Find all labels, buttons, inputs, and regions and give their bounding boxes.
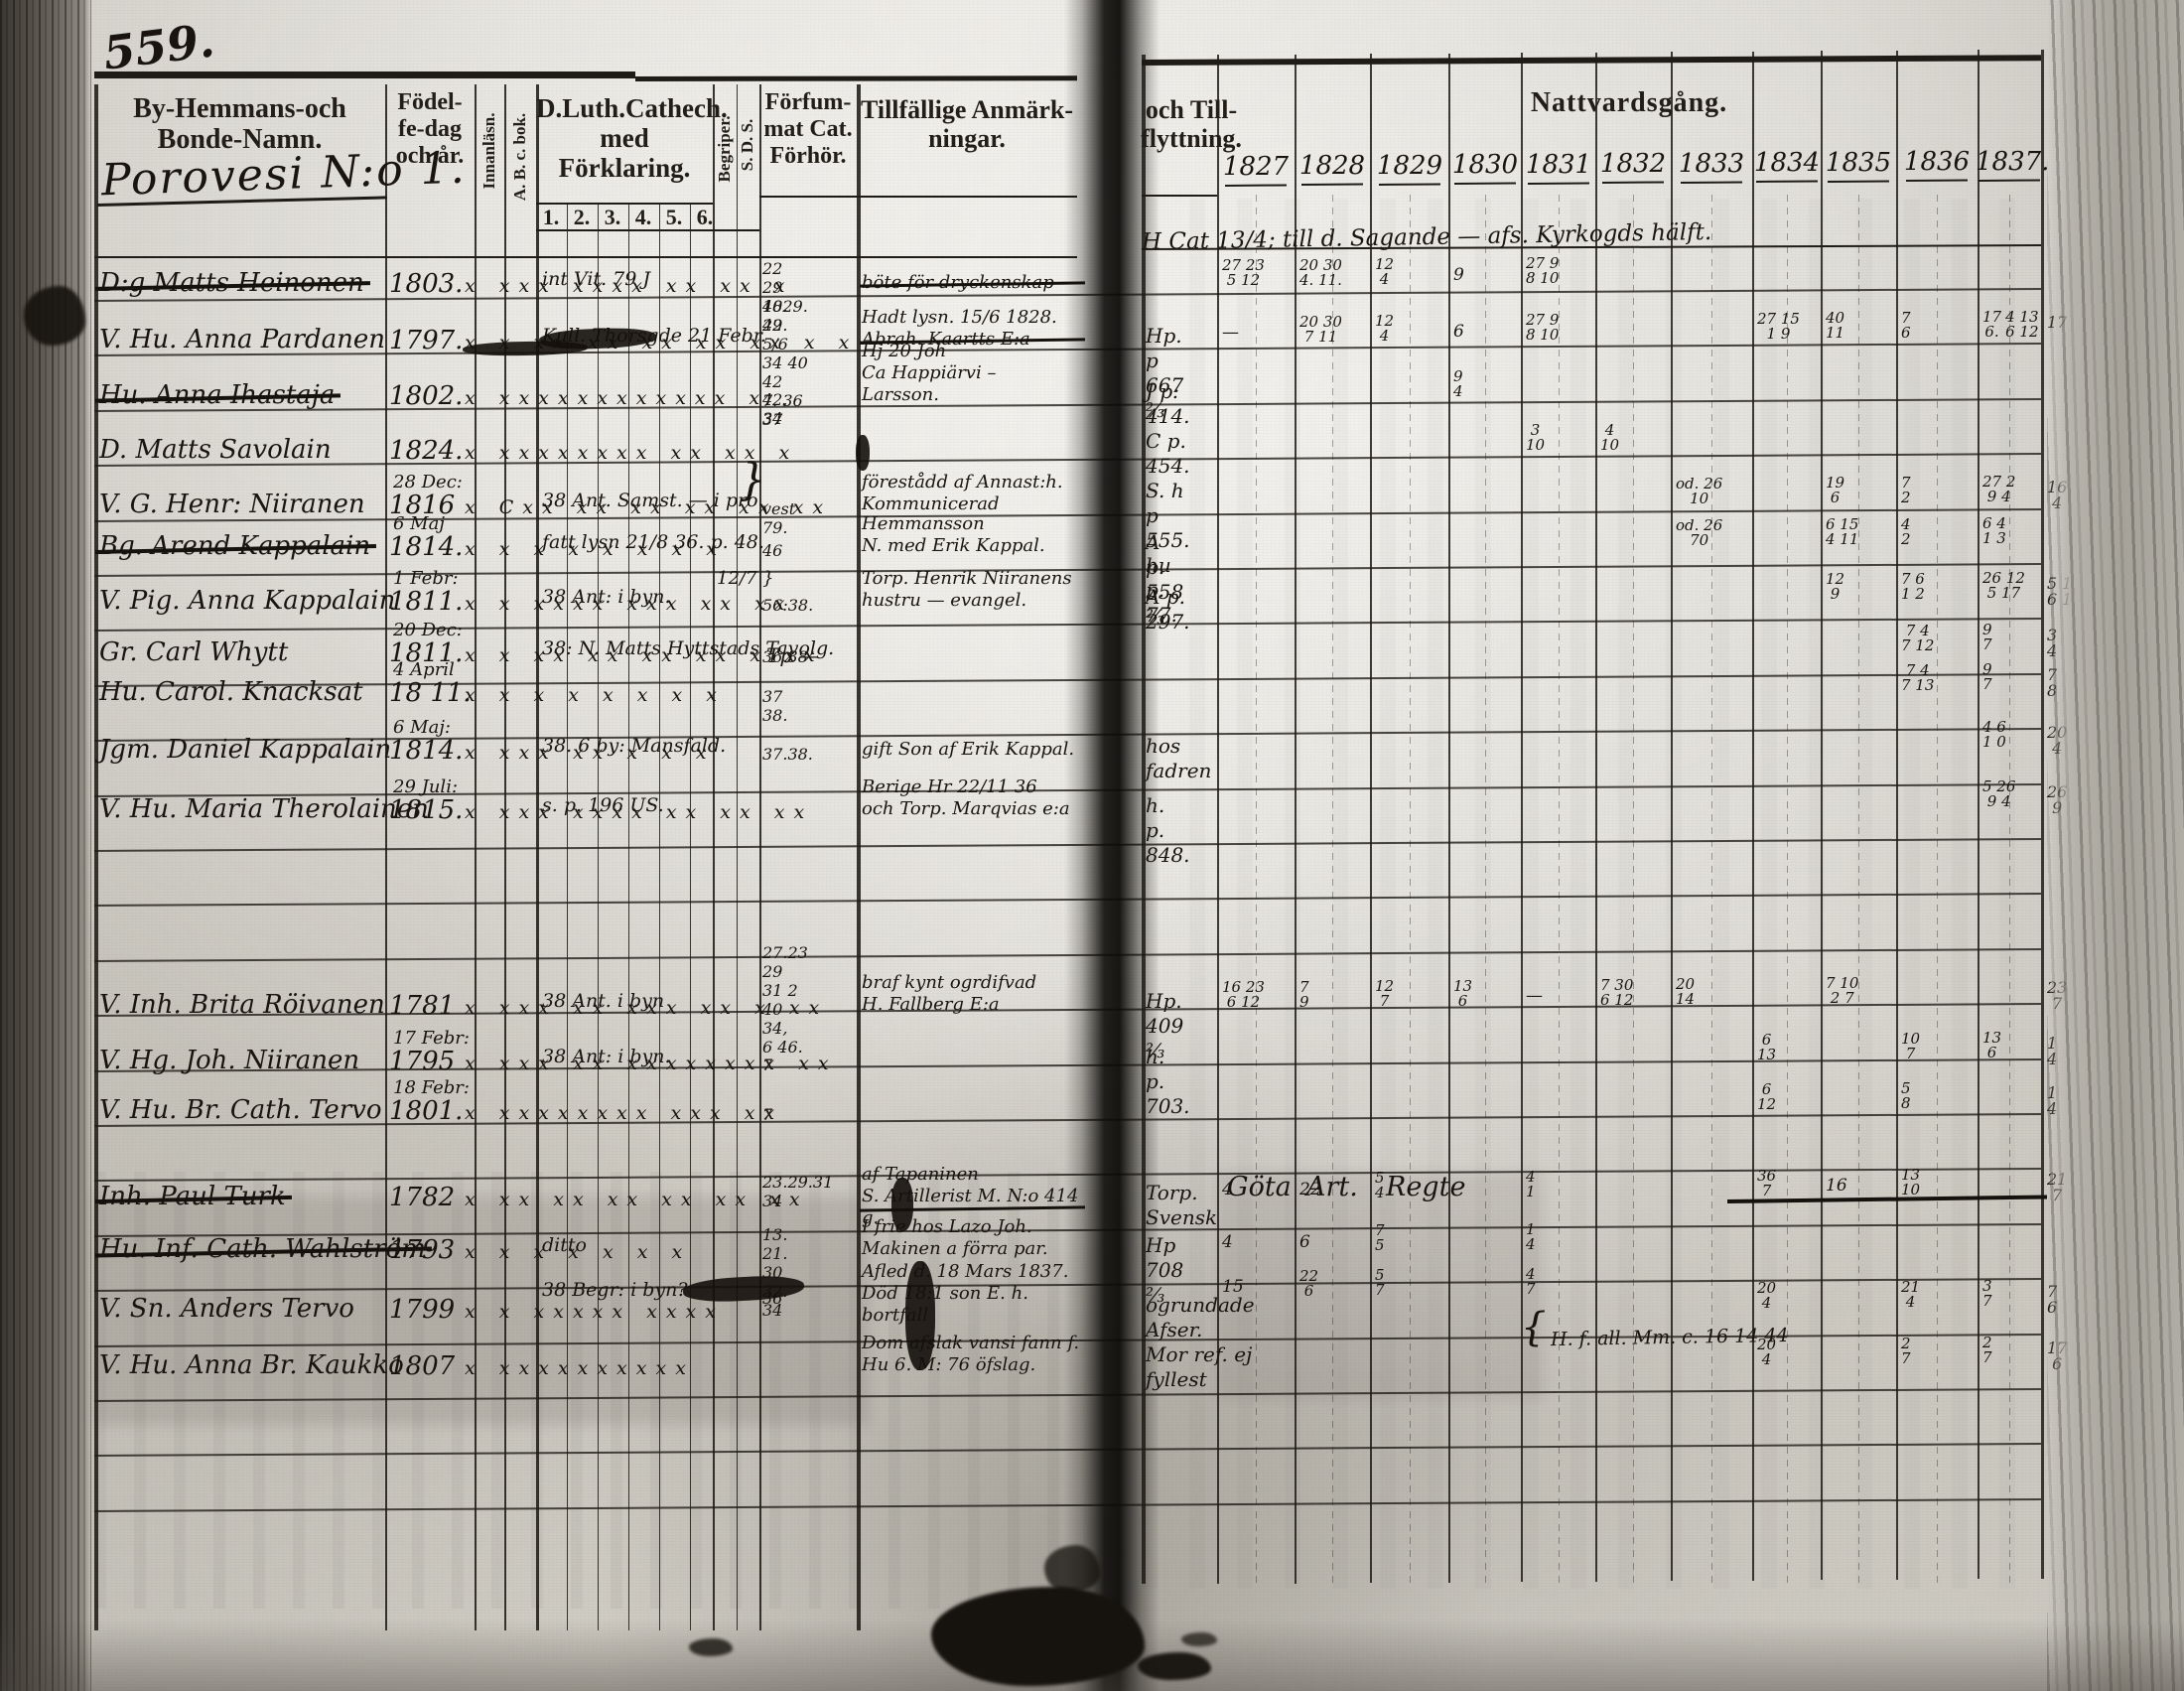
fraction-bottom: 8 10 bbox=[1526, 271, 1559, 286]
communion-date-fraction: 47 bbox=[1526, 1267, 1536, 1297]
communion-date: 7 47 12 bbox=[1901, 624, 1934, 653]
fraction-bottom: 10 bbox=[1526, 438, 1545, 453]
communion-date: 6 154 11 bbox=[1826, 517, 1858, 547]
catechism-note: ditto bbox=[542, 1234, 587, 1256]
catechism-note: s. p. 196 US. bbox=[542, 794, 664, 816]
fraction-bottom: 4 bbox=[1762, 1352, 1772, 1367]
remark-line: Torp. Henrik Niiranens bbox=[862, 568, 1085, 590]
communion-date-fraction: 107 bbox=[1901, 1032, 1920, 1061]
entry-birth-date: 6 Maj: bbox=[393, 717, 451, 738]
communion-date: 58 bbox=[1901, 1081, 1911, 1111]
fraction-bottom: 1 0 bbox=[1982, 735, 2006, 750]
year-label: 1832 bbox=[1599, 149, 1667, 179]
entry-name: D:g Matts Heinonen bbox=[99, 268, 364, 298]
ink-blot bbox=[1138, 1652, 1211, 1680]
grid-vline-dashed bbox=[1559, 195, 1560, 1585]
communion-date-fraction: 7 306 12 bbox=[1600, 978, 1633, 1008]
fraction-bottom: 7 11 bbox=[1304, 330, 1337, 345]
communion-date: — bbox=[1222, 315, 1239, 343]
fraction-bottom: 1 bbox=[1526, 1185, 1536, 1199]
communion-date: 7 61 2 bbox=[1901, 572, 1925, 602]
fraction-bottom: 11 bbox=[1826, 326, 1844, 341]
communion-date-fraction: 14 bbox=[1526, 1222, 1536, 1252]
entry-birth-year: 1807 bbox=[389, 1351, 455, 1381]
communion-date-fraction: 196 bbox=[1826, 476, 1844, 505]
year-label: 1827 bbox=[1222, 152, 1290, 182]
overlay-scribble: } bbox=[739, 455, 766, 505]
communion-date-fraction: 58 bbox=[1901, 1081, 1911, 1111]
fraction-bottom: 9 bbox=[1299, 995, 1309, 1010]
fraction-bottom: 7 bbox=[1906, 1047, 1916, 1061]
fraction-bottom: 6 bbox=[1304, 1284, 1314, 1299]
entry-name: Hu. Carol. Knacksat bbox=[99, 677, 363, 707]
remark-line: Ca Happiärvi – bbox=[862, 362, 1085, 384]
grid-hline bbox=[94, 256, 1077, 258]
communion-date-fraction: 26 125 17 bbox=[1982, 571, 2025, 601]
entry-name: V. Hu. Maria Therolainen bbox=[99, 794, 429, 824]
grid-vline bbox=[1821, 51, 1823, 1580]
fraction-bottom: 7 bbox=[1526, 1282, 1536, 1297]
entry-name: V. Sn. Anders Tervo bbox=[99, 1294, 354, 1324]
communion-date: 127 bbox=[1375, 979, 1394, 1009]
reading-marks: x xxxxxxxx xxx xx bbox=[465, 1102, 783, 1124]
left-book-edge bbox=[0, 0, 91, 1691]
communion-date-fraction: 20 307 11 bbox=[1299, 315, 1342, 345]
communion-date: 136 bbox=[1982, 1031, 2001, 1060]
grid-hline bbox=[536, 203, 713, 205]
entry-birth-year: 1811. bbox=[389, 587, 463, 617]
fraction-bottom: 4 bbox=[1375, 1186, 1385, 1200]
neglected-exam-years: 27.23 29 31 2 40 34, 6 46. bbox=[762, 943, 808, 1057]
entry-name: V. Inh. Brita Röivanen bbox=[99, 990, 385, 1020]
communion-date-fraction: 612 bbox=[1757, 1082, 1776, 1112]
communion-mark: — bbox=[1526, 986, 1543, 1006]
catechism-note: 38 Ant. Samst. — i pro bbox=[542, 490, 758, 511]
communion-date: 226 bbox=[1299, 1269, 1318, 1299]
fraction-bottom: 6 bbox=[1987, 1046, 1997, 1060]
neglected-exam-years: 37.38. bbox=[762, 745, 813, 764]
fraction-bottom: 6. bbox=[1984, 325, 1998, 340]
catechism-part-number: 3. bbox=[599, 206, 626, 230]
communion-date-fraction: 27 98 10 bbox=[1526, 313, 1559, 343]
entry-birth-year: 1814. bbox=[389, 532, 463, 562]
communion-date-fraction: 7 47 12 bbox=[1901, 624, 1934, 653]
entry-name: Hu. Inf. Cath. Wahlström bbox=[99, 1234, 426, 1264]
communion-date-fraction: 367 bbox=[1757, 1169, 1776, 1198]
reading-marks: x xx xx xx xx xx xx bbox=[465, 1189, 809, 1210]
neglected-exam-years: 7 bbox=[762, 1056, 772, 1074]
overlay-scribble: H. f. all. Mm. c. 16 14 44 bbox=[1551, 1325, 1789, 1350]
communion-date-fraction: 5 269 4 bbox=[1982, 779, 2015, 809]
entry-name: Inh. Paul Turk bbox=[99, 1182, 286, 1211]
grid-vline bbox=[1595, 53, 1597, 1582]
communion-date: od. 2610 bbox=[1676, 477, 1722, 506]
header-text: fe-dag bbox=[385, 116, 475, 143]
ink-blot bbox=[931, 1587, 1145, 1686]
fraction-bottom: 10 bbox=[1690, 492, 1708, 506]
catechism-note: 38 Ant: i byn. bbox=[542, 1046, 671, 1067]
communion-date: 196 bbox=[1826, 476, 1844, 505]
communion-date-fraction: 6 41 3 bbox=[1982, 516, 2006, 546]
header-text: D.Luth.Cathech. bbox=[536, 93, 713, 123]
communion-date-fraction: 6 154 11 bbox=[1826, 517, 1858, 547]
fraction-bottom: 2 7 bbox=[1831, 991, 1854, 1006]
year-label: 1833 bbox=[1678, 149, 1745, 179]
header-text: Förhör. bbox=[759, 143, 857, 170]
remark-line: N. med Erik Kappal. bbox=[862, 535, 1085, 557]
fraction-bottom: 7 bbox=[1380, 994, 1390, 1009]
entry-birth-year: 18 11. bbox=[389, 678, 472, 708]
remark-line: H. Fallberg E:a bbox=[862, 994, 1085, 1016]
year-label: 1835 bbox=[1825, 148, 1892, 178]
communion-date: 2014 bbox=[1676, 977, 1695, 1007]
year-label: 1834 bbox=[1753, 148, 1821, 178]
communion-date-fraction: 4011 bbox=[1826, 311, 1844, 341]
communion-date-fraction: 27 bbox=[1982, 1336, 1992, 1365]
column-header-begriper: Begriper. bbox=[715, 116, 735, 183]
column-header-catechism: D.Luth.Cathech. med Förklaring. bbox=[536, 93, 713, 184]
remark-line: Hj 20 Joh bbox=[862, 341, 1085, 362]
grid-vline bbox=[759, 84, 761, 1630]
fraction-bottom: 10 bbox=[1901, 1183, 1920, 1198]
communion-mark: 4 bbox=[1222, 1232, 1233, 1252]
header-text: Tillfällige Anmärk- bbox=[857, 95, 1077, 124]
edge-grain bbox=[0, 0, 91, 1691]
fraction-bottom: 4 bbox=[1526, 1237, 1536, 1252]
remark-line: gift Son af Erik Kappal. bbox=[862, 739, 1085, 761]
communion-date: 76 bbox=[1901, 311, 1911, 341]
communion-date-fraction: 613 bbox=[1757, 1033, 1776, 1062]
communion-date-fraction: 97 bbox=[1982, 662, 1992, 692]
communion-date-fraction: 97 bbox=[1982, 623, 1992, 652]
header-text: ningar. bbox=[857, 124, 1077, 153]
remark-line: böte för dryckenskap bbox=[862, 272, 1085, 294]
entry-name: Hu. Anna Ihastaja bbox=[99, 380, 335, 410]
entry-birth-year: 1795 bbox=[389, 1047, 455, 1076]
fraction-bottom: 6 12 bbox=[1227, 995, 1260, 1010]
communion-date-fraction: 72 bbox=[1901, 476, 1911, 505]
catechism-note: 38 Begr: i byn? bbox=[542, 1279, 688, 1301]
ink-smear bbox=[905, 1261, 935, 1370]
communion-date: 4 bbox=[1222, 1224, 1233, 1252]
fraction-bottom: 14 bbox=[1676, 992, 1695, 1007]
communion-date: 97 bbox=[1982, 623, 1992, 652]
catechism-note: 38 Ant: i byn. bbox=[542, 586, 671, 608]
ink-blot bbox=[689, 1638, 733, 1656]
fraction-bottom: 8 10 bbox=[1526, 328, 1559, 343]
right-book-edge bbox=[2047, 0, 2184, 1691]
communion-date: 14 bbox=[1526, 1222, 1536, 1252]
communion-date-fraction: 214 bbox=[1901, 1280, 1920, 1310]
communion-date-fraction: od. 2610 bbox=[1676, 477, 1722, 506]
entry-birth-date: 29 Juli: bbox=[393, 776, 458, 797]
communion-date-fraction: 54 bbox=[1375, 1171, 1385, 1200]
communion-date-fraction: 27 bbox=[1901, 1337, 1911, 1366]
entry-name: V. Pig. Anna Kappalain bbox=[99, 586, 395, 616]
ink-smear bbox=[856, 435, 870, 471]
entry-birth-date: 18 Febr: bbox=[393, 1077, 470, 1098]
communion-date-fraction: 27 29 4 bbox=[1982, 475, 2015, 504]
fraction-bottom: 7 bbox=[1375, 1283, 1385, 1298]
communion-date: 37 bbox=[1982, 1279, 1992, 1309]
communion-date-fraction: 79 bbox=[1299, 980, 1309, 1010]
overlay-scribble: 12/7 } bbox=[717, 568, 774, 589]
column-header-nattvardsgang: Nattvardsgång. bbox=[1217, 87, 2041, 118]
header-text: Förfum- bbox=[759, 89, 857, 116]
communion-date: 27 98 10 bbox=[1526, 256, 1559, 286]
grid-vline bbox=[690, 203, 691, 1630]
remark-line: Hemmansson bbox=[862, 513, 1085, 535]
column-header-birthdate: Födel- fe-dag och år. bbox=[385, 89, 475, 170]
entry-birth-year: 1782 bbox=[389, 1183, 455, 1212]
communion-date-fraction: 204 bbox=[1757, 1281, 1776, 1311]
year-label: 1837. bbox=[1976, 147, 2043, 177]
communion-date-fraction: 4 136 12 bbox=[2005, 310, 2038, 340]
entry-birth-year: 1824. bbox=[389, 436, 463, 466]
grid-vline-dashed bbox=[1787, 195, 1788, 1585]
neglected-exam-years: 7 bbox=[762, 1105, 772, 1124]
edge-dark-blot bbox=[24, 286, 85, 346]
column-header-sds: S. D. S. bbox=[738, 119, 757, 171]
communion-date-fraction: 76 bbox=[1901, 311, 1911, 341]
fraction-bottom: 7 bbox=[1762, 1184, 1772, 1198]
remark: Afled d. 18 Mars 1837.Död 18:1 son E. h.… bbox=[862, 1261, 1085, 1327]
fraction-bottom: 5 bbox=[1375, 1238, 1385, 1253]
grid-vline bbox=[1295, 55, 1297, 1584]
grid-vline-dashed bbox=[2009, 195, 2010, 1585]
year-label: 1830 bbox=[1451, 150, 1519, 180]
communion-date-fraction: 7 47 13 bbox=[1901, 663, 1934, 693]
entry-birth-date: 28 Dec: bbox=[393, 472, 463, 493]
remark-line: hustru — evangel. bbox=[862, 590, 1085, 612]
communion-date-fraction: 129 bbox=[1826, 572, 1844, 602]
grid-vline bbox=[567, 203, 568, 1630]
communion-date: 4011 bbox=[1826, 311, 1844, 341]
communion-date: 27 98 10 bbox=[1526, 313, 1559, 343]
communion-date-fraction: 7 61 2 bbox=[1901, 572, 1925, 602]
entry-birth-date: 20 Dec: bbox=[393, 620, 463, 640]
entry-birth-date: 17 Febr: bbox=[393, 1028, 470, 1049]
remark: Hj 20 JohCa Happiärvi –Larsson. bbox=[862, 341, 1085, 406]
remark: Torp. Henrik Niiranenshustru — evangel. bbox=[862, 568, 1085, 612]
communion-date: 7 47 13 bbox=[1901, 663, 1934, 693]
catechism-part-number: 1. bbox=[537, 206, 565, 230]
fraction-bottom: 6 bbox=[1458, 994, 1468, 1009]
communion-date: 27 151 9 bbox=[1757, 312, 1800, 342]
remark-line: Makinen a förra par. bbox=[862, 1238, 1085, 1260]
communion-date: 410 bbox=[1600, 423, 1619, 453]
communion-date: 7 306 12 bbox=[1600, 978, 1633, 1008]
fraction-bottom: 2 bbox=[1901, 491, 1911, 505]
communion-date: 26 125 17 bbox=[1982, 571, 2025, 601]
overlay-scribble: Göta bbox=[1227, 1172, 1292, 1202]
communion-date: 6 41 3 bbox=[1982, 516, 2006, 546]
entry-birth-year: 1814. bbox=[389, 736, 463, 766]
communion-date-fraction: 94 bbox=[1453, 369, 1463, 399]
communion-date: 27 235 12 bbox=[1222, 258, 1265, 288]
entry-name: V. Hu. Anna Br. Kaukko bbox=[99, 1350, 404, 1380]
fraction-bottom: 4 bbox=[1906, 1295, 1916, 1310]
remark: braf kynt ogrdifvadH. Fallberg E:a bbox=[862, 972, 1085, 1016]
communion-date-fraction: 124 bbox=[1375, 257, 1394, 287]
communion-date-fraction: 37 bbox=[1982, 1279, 1992, 1309]
entry-birth-year: 1802. bbox=[389, 381, 463, 411]
communion-date: 367 bbox=[1757, 1169, 1776, 1198]
communion-date: od. 2670 bbox=[1676, 518, 1722, 548]
communion-date: 16 bbox=[1826, 1168, 1847, 1196]
communion-date-fraction: 27 98 10 bbox=[1526, 256, 1559, 286]
grid-vline bbox=[1896, 51, 1898, 1580]
transfer-note: ogrundade Afser. Mor ref. ej fyllest bbox=[1146, 1293, 1255, 1392]
entry-name: D. Matts Savolain bbox=[99, 435, 332, 465]
communion-date-fraction: od. 2670 bbox=[1676, 518, 1722, 548]
grid-vline bbox=[1978, 50, 1979, 1579]
entry-birth-year: 1797. bbox=[389, 326, 463, 355]
remark-line: förestådd af Annast:h. bbox=[862, 472, 1085, 493]
catechism-part-number: 2. bbox=[568, 206, 596, 230]
fraction-bottom: 4 bbox=[1380, 272, 1390, 287]
grid-vline bbox=[1370, 54, 1372, 1583]
communion-date: 124 bbox=[1375, 314, 1394, 344]
overlay-scribble: Regte bbox=[1386, 1172, 1465, 1202]
entry-birth-date: 4 April bbox=[393, 659, 455, 680]
header-text: och år. bbox=[385, 143, 475, 170]
grid-vline bbox=[94, 84, 98, 1630]
grid-vline bbox=[1752, 52, 1754, 1581]
fraction-bottom: 7 bbox=[1982, 1294, 1992, 1309]
year-label: 1831 bbox=[1525, 150, 1592, 180]
communion-date: 47 bbox=[1526, 1267, 1536, 1297]
neglected-exam-years: 42. 34 bbox=[762, 390, 787, 428]
communion-date: 7 102 7 bbox=[1826, 976, 1858, 1006]
communion-date: 124 bbox=[1375, 257, 1394, 287]
communion-date: 97 bbox=[1982, 662, 1992, 692]
grid-vline bbox=[1448, 54, 1450, 1583]
entry-birth-year: 1781 bbox=[389, 991, 455, 1021]
communion-date-fraction: 27 151 9 bbox=[1757, 312, 1800, 342]
header-text: med Förklaring. bbox=[536, 123, 713, 183]
remark-line: Berige Hr 22/11 36 bbox=[862, 776, 1085, 798]
fraction-bottom: 7 13 bbox=[1901, 678, 1934, 693]
remark-line: Hadt lysn. 15/6 1828. bbox=[862, 307, 1085, 329]
fraction-bottom: 7 bbox=[1982, 677, 1992, 692]
communion-mark: — bbox=[1222, 323, 1239, 343]
grid-vline bbox=[1521, 53, 1523, 1582]
communion-date: 42 bbox=[1901, 517, 1911, 547]
communion-date: 27 bbox=[1901, 1337, 1911, 1366]
communion-date-fraction: 42 bbox=[1901, 517, 1911, 547]
communion-date-fraction: 27 235 12 bbox=[1222, 258, 1265, 288]
remark-line: Hu 6. M: 76 öfslag. bbox=[862, 1354, 1085, 1376]
communion-date: 72 bbox=[1901, 476, 1911, 505]
communion-date: 5 269 4 bbox=[1982, 779, 2015, 809]
fraction-bottom: 10 bbox=[1600, 438, 1619, 453]
entry-name: V. Hu. Anna Pardanen bbox=[99, 325, 385, 354]
fraction-bottom: 7 bbox=[1901, 1351, 1911, 1366]
entry-birth-year: 1815. bbox=[389, 795, 463, 825]
catechism-part-number: 5. bbox=[660, 206, 688, 230]
grid-vline-dashed bbox=[1711, 195, 1712, 1585]
header-text: Födel- bbox=[385, 89, 475, 116]
column-header-forsummat: Förfum- mat Cat. Förhör. bbox=[759, 89, 857, 170]
communion-date: 6 bbox=[1299, 1224, 1310, 1252]
remark-line: Kommunicerad bbox=[862, 493, 1085, 515]
fraction-bottom: 8 bbox=[1901, 1096, 1911, 1111]
communion-date: 27 bbox=[1982, 1336, 1992, 1365]
catechism-note: int Vit. 79 J bbox=[542, 268, 650, 290]
entry-name: Jgm. Daniel Kappalain bbox=[99, 735, 391, 765]
ink-blot bbox=[1044, 1545, 1100, 1593]
entry-birth-year: 1801. bbox=[389, 1096, 463, 1126]
edge-grain bbox=[2047, 0, 2184, 1691]
fraction-bottom: 4 bbox=[1453, 384, 1463, 399]
communion-date-fraction: 176. bbox=[1982, 310, 2001, 340]
remark: HemmanssonN. med Erik Kappal. bbox=[862, 513, 1085, 557]
column-header-abc-bok: A. B. c. bok. bbox=[510, 113, 530, 201]
communion-date-fraction: 41 bbox=[1526, 1170, 1536, 1199]
fraction-bottom: 6 12 bbox=[2005, 325, 2038, 340]
neglected-exam-years: 37 38. bbox=[762, 687, 787, 725]
grid-vline-dashed bbox=[1937, 195, 1938, 1585]
fraction-bottom: 1 9 bbox=[1767, 327, 1791, 342]
fraction-bottom: 5 12 bbox=[1227, 273, 1260, 288]
entry-birth-year: 1799 bbox=[389, 1295, 455, 1325]
catechism-note: fatt lysn 21/8 36. p. 48. bbox=[542, 531, 764, 553]
year-label: 1829 bbox=[1376, 151, 1443, 181]
catechism-note: 38 Ant. i byn bbox=[542, 990, 664, 1012]
fraction-bottom: 12 bbox=[1757, 1097, 1776, 1112]
communion-date-fraction: 1310 bbox=[1901, 1168, 1920, 1198]
communion-date-fraction: 57 bbox=[1375, 1268, 1385, 1298]
reading-marks: x xxxxxxxxxxxx x bbox=[465, 387, 768, 409]
communion-date: 136 bbox=[1453, 979, 1472, 1009]
neglected-exam-years: 46 bbox=[762, 541, 782, 560]
grid-hline bbox=[94, 71, 635, 78]
communion-date: 94 bbox=[1453, 369, 1463, 399]
communion-date: 4 61 0 bbox=[1982, 720, 2006, 750]
communion-date-fraction: 136 bbox=[1453, 979, 1472, 1009]
entry-name: V. Hg. Joh. Niiranen bbox=[99, 1046, 359, 1075]
communion-date-fraction: 2014 bbox=[1676, 977, 1695, 1007]
column-header-anmarkningar: Tillfällige Anmärk- ningar. bbox=[857, 95, 1077, 153]
communion-date: 79 bbox=[1299, 980, 1309, 1010]
ink-blot bbox=[1181, 1632, 1217, 1646]
entry-birth-date: 6 Maj bbox=[393, 513, 445, 534]
communion-date-fraction: 75 bbox=[1375, 1223, 1385, 1253]
communion-date: 27 29 4 bbox=[1982, 475, 2015, 504]
fraction-bottom: 6 bbox=[1901, 326, 1911, 341]
grid-vline bbox=[628, 203, 629, 1630]
communion-mark: 9 bbox=[1453, 265, 1464, 285]
grid-hline bbox=[635, 75, 1077, 81]
communion-date-fraction: 226 bbox=[1299, 1269, 1318, 1299]
remark-line: Afled d. 18 Mars 1837. bbox=[862, 1261, 1085, 1283]
communion-date: 41 bbox=[1526, 1170, 1536, 1199]
fraction-bottom: 9 bbox=[1831, 587, 1841, 602]
scanned-parish-register-page: 1.2.3.4.5.6. 182718281829183018311832183… bbox=[0, 0, 2184, 1691]
grid-hline bbox=[759, 196, 1077, 198]
fraction-bottom: 13 bbox=[1757, 1048, 1776, 1062]
catechism-note: 38. 6 by: Mansfald. bbox=[542, 735, 726, 757]
communion-date: 214 bbox=[1901, 1280, 1920, 1310]
reading-marks: x x xxxxx xxxx bbox=[465, 1301, 725, 1323]
communion-date-fraction: 410 bbox=[1600, 423, 1619, 453]
grid-vline-dashed bbox=[1858, 195, 1859, 1585]
entry-birth-year: 1793 bbox=[389, 1235, 455, 1265]
communion-date: 9 bbox=[1453, 257, 1464, 285]
neglected-exam-years: 56:38. bbox=[762, 596, 813, 615]
book-spine-fold bbox=[1064, 0, 1160, 1691]
